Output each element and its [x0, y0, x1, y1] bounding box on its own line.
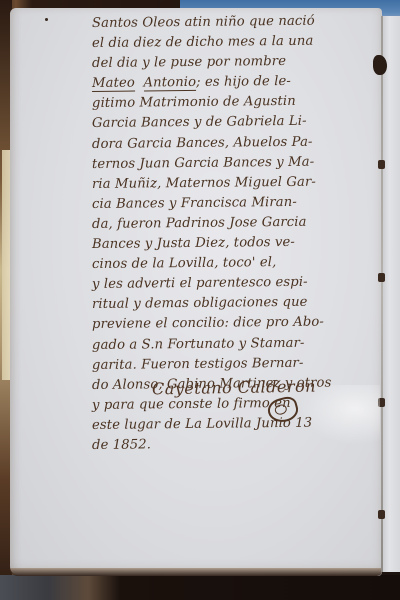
- text-line: dora Garcia Bances, Abuelos Pa-: [92, 132, 364, 155]
- binding-stitch: [378, 273, 385, 282]
- text-line: Garcia Bances y de Gabriela Li-: [92, 112, 364, 135]
- text-line: previene el concilio: dice pro Abo-: [92, 313, 364, 336]
- text-line: cia Bances y Francisca Miran-: [92, 192, 364, 215]
- ink-spot: [45, 18, 48, 21]
- text-line: ria Muñiz, Maternos Miguel Gar-: [92, 172, 364, 195]
- text-line: ternos Juan Garcia Bances y Ma-: [92, 152, 364, 175]
- text-line: este lugar de La Lovilla Junio 13: [92, 413, 364, 436]
- priest-signature: Cayetano Calderon: [152, 377, 316, 399]
- text-line-rest: ; es hijo de le-: [196, 74, 291, 90]
- facing-page-edge: [382, 16, 400, 572]
- text-line: gado a S.n Fortunato y Stamar-: [92, 333, 364, 356]
- background-table: [0, 575, 400, 600]
- binding-fold: [381, 16, 383, 572]
- text-line: de 1852.: [92, 433, 364, 456]
- binding-stitch: [378, 510, 385, 519]
- binding-stitch: [378, 160, 385, 169]
- page-bottom-edge: [10, 568, 382, 576]
- document-photo: Santos Oleos atin niño que nació el dia …: [0, 0, 400, 600]
- page-tear: [373, 55, 387, 75]
- child-first-name: Mateo: [92, 76, 135, 92]
- text-line: garita. Fueron testigos Bernar-: [92, 353, 364, 376]
- child-second-name: Antonio: [143, 75, 196, 92]
